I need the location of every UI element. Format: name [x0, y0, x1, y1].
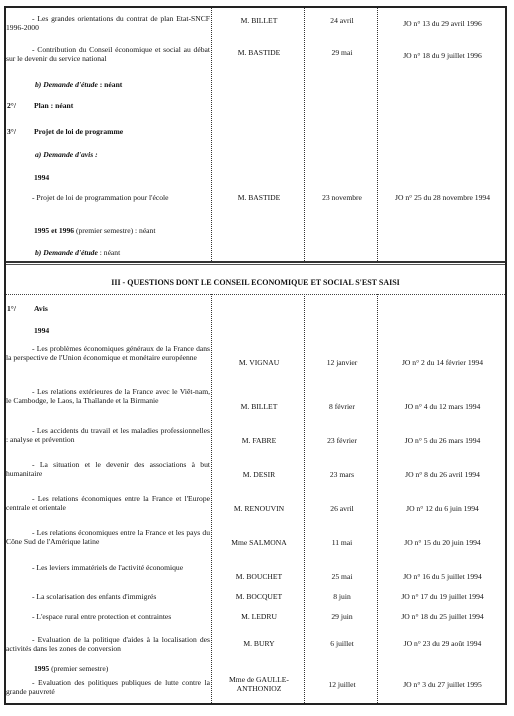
subheading-demande-etude: b) Demande d'étude : néant: [35, 80, 122, 89]
row-date: 23 novembre: [306, 193, 378, 202]
heading-avis: Avis: [34, 304, 48, 313]
year-heading: 1995 et 1996 (premier semestre) : néant: [34, 226, 155, 235]
row-subject: - Les relations économiques entre la Fra…: [6, 528, 210, 547]
row-publication: JO n° 25 du 28 novembre 1994: [379, 193, 506, 202]
row-date: 29 juin: [306, 612, 378, 621]
row-date: 8 février: [306, 402, 378, 411]
row-subject: - Projet de loi de programmation pour l'…: [6, 193, 210, 202]
row-publication: JO n° 12 du 6 juin 1994: [379, 504, 506, 513]
row-subject: - Les accidents du travail et les maladi…: [6, 426, 210, 445]
row-publication: JO n° 13 du 29 avril 1996: [379, 19, 506, 28]
row-subject: - L'espace rural entre protection et con…: [6, 612, 210, 621]
row-date: 8 juin: [306, 592, 378, 601]
section-title: III - QUESTIONS DONT LE CONSEIL ECONOMIQ…: [6, 278, 505, 287]
row-date: 6 juillet: [306, 639, 378, 648]
row-date: 11 mai: [306, 538, 378, 547]
row-rapporteur: M. VIGNAU: [213, 358, 305, 367]
row-publication: JO n° 3 du 27 juillet 1995: [379, 680, 506, 689]
row-rapporteur: Mme SALMONA: [213, 538, 305, 547]
row-subject: - La situation et le devenir des associa…: [6, 460, 210, 479]
year-heading: 1994: [34, 173, 49, 182]
row-rapporteur: M. BASTIDE: [213, 193, 305, 202]
row-date: 29 mai: [306, 48, 378, 57]
row-date: 23 février: [306, 436, 378, 445]
year-heading: 1994: [34, 326, 49, 335]
row-subject: - Les leviers immatériels de l'activité …: [6, 563, 210, 572]
item-number: 1°/: [7, 304, 16, 313]
heading-plan: Plan : néant: [34, 101, 73, 110]
row-publication: JO n° 17 du 19 juillet 1994: [379, 592, 506, 601]
row-subject: - Les problèmes économiques généraux de …: [6, 344, 210, 363]
row-rapporteur: M. BILLET: [213, 402, 305, 411]
row-rapporteur: M. DESIR: [213, 470, 305, 479]
row-publication: JO n° 8 du 26 avril 1994: [379, 470, 506, 479]
row-rapporteur: M. RENOUVIN: [213, 504, 305, 513]
row-rapporteur: M. BURY: [213, 639, 305, 648]
row-subject: - Les grandes orientations du contrat de…: [6, 14, 210, 33]
subheading-demande-avis: a) Demande d'avis :: [35, 150, 98, 159]
row-date: 12 janvier: [306, 358, 378, 367]
row-rapporteur: M. LEDRU: [213, 612, 305, 621]
row-publication: JO n° 5 du 26 mars 1994: [379, 436, 506, 445]
document-page: - Les grandes orientations du contrat de…: [4, 6, 507, 705]
column-divider-1: [211, 8, 212, 703]
item-number: 2°/: [7, 101, 16, 110]
row-rapporteur: M. FABRE: [213, 436, 305, 445]
year-heading: 1995 (premier semestre): [34, 664, 108, 673]
row-date: 26 avril: [306, 504, 378, 513]
row-rapporteur: M. BOUCHET: [213, 572, 305, 581]
row-subject: - Evaluation de la politique d'aides à l…: [6, 635, 210, 654]
row-publication: JO n° 15 du 20 juin 1994: [379, 538, 506, 547]
row-date: 23 mars: [306, 470, 378, 479]
row-subject: - La scolarisation des enfants d'immigré…: [6, 592, 210, 601]
row-subject: - Contribution du Conseil économique et …: [6, 45, 210, 64]
row-date: 25 mai: [306, 572, 378, 581]
section-divider: [6, 261, 505, 263]
row-publication: JO n° 18 du 9 juillet 1996: [379, 51, 506, 60]
section-divider: [6, 294, 505, 295]
row-rapporteur: M. BOCQUET: [213, 592, 305, 601]
row-rapporteur: Mme de GAULLE-ANTHONIOZ: [213, 675, 305, 693]
row-publication: JO n° 2 du 14 février 1994: [379, 358, 506, 367]
row-rapporteur: M. BILLET: [213, 16, 305, 25]
row-subject: - Evaluation des politiques publiques de…: [6, 678, 210, 697]
row-rapporteur: M. BASTIDE: [213, 48, 305, 57]
row-subject: - Les relations économiques entre la Fra…: [6, 494, 210, 513]
row-publication: JO n° 23 du 29 août 1994: [379, 639, 506, 648]
item-number: 3°/: [7, 127, 16, 136]
row-date: 24 avril: [306, 16, 378, 25]
row-publication: JO n° 4 du 12 mars 1994: [379, 402, 506, 411]
heading-projet-loi: Projet de loi de programme: [34, 127, 123, 136]
section-divider: [6, 264, 505, 265]
subheading-demande-etude: b) Demande d'étude : néant: [35, 248, 120, 257]
row-publication: JO n° 18 du 25 juillet 1994: [379, 612, 506, 621]
row-publication: JO n° 16 du 5 juillet 1994: [379, 572, 506, 581]
row-date: 12 juillet: [306, 680, 378, 689]
row-subject: - Les relations extérieures de la France…: [6, 387, 210, 406]
